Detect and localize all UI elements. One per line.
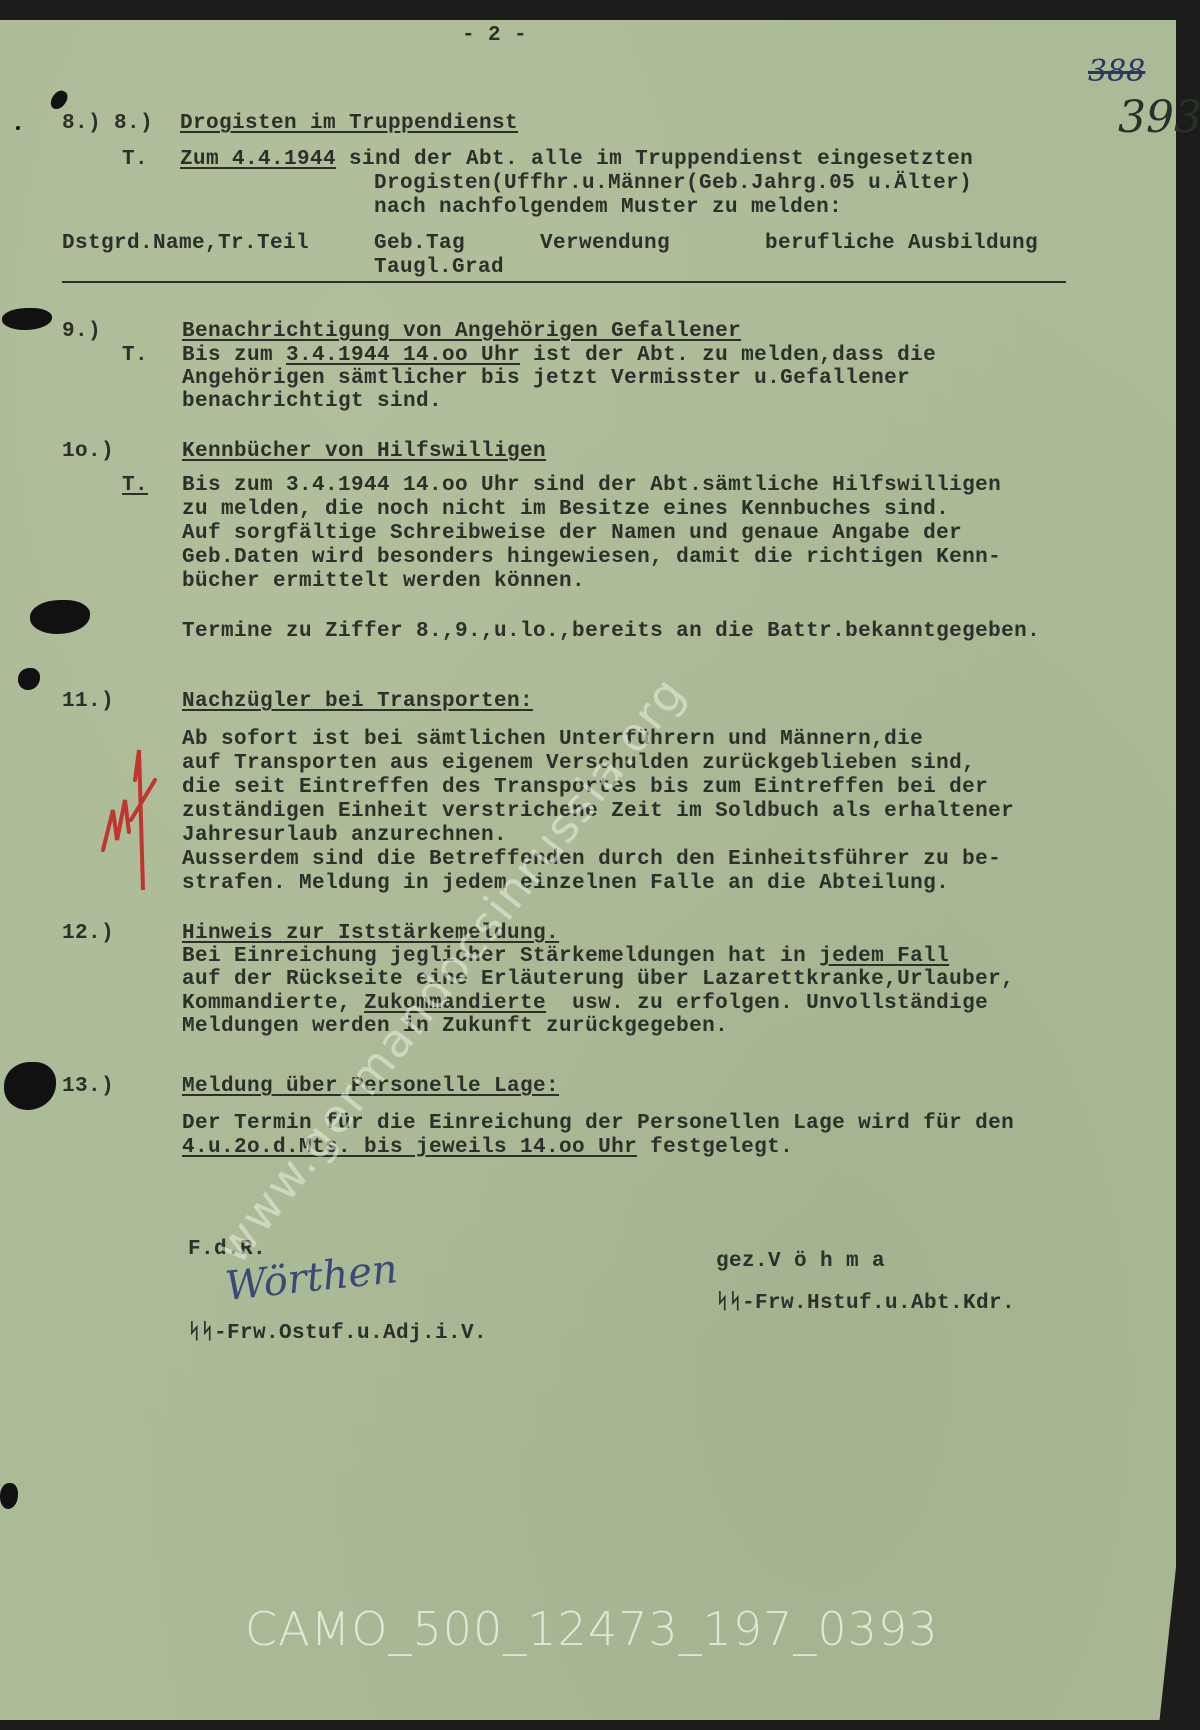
section-line: Zum 4.4.1944 sind der Abt. alle im Trupp… (180, 148, 973, 172)
col-training: berufliche Ausbildung (765, 232, 1038, 256)
section-line: Angehörigen sämtlicher bis jetzt Vermiss… (182, 367, 910, 391)
section-number: 12.) (62, 922, 114, 946)
line-text: Kommandierte, (182, 992, 364, 1015)
section-number: 1o.) (62, 440, 114, 464)
line-text: sind der Abt. alle im Truppendienst eing… (336, 148, 973, 171)
struck-folio-number: 388 (1088, 54, 1145, 89)
section-number: 8.) 8.) (62, 112, 153, 136)
section-title: Nachzügler bei Transporten: (182, 690, 533, 714)
signed-name: gez.V ö h m a (716, 1250, 885, 1274)
red-pencil-mark-icon (95, 740, 165, 890)
col-usage: Verwendung (540, 232, 670, 256)
section-line: Bis zum 3.4.1944 14.oo Uhr ist der Abt. … (182, 344, 936, 368)
divider (62, 281, 1066, 283)
section-number: 9.) (62, 320, 101, 344)
deadline-date: 3.4.1944 14.oo Uhr (286, 344, 520, 367)
section-line: nach nachfolgendem Muster zu melden: (374, 196, 842, 220)
section-title: Drogisten im Truppendienst (180, 112, 518, 136)
line-text: festgelegt. (637, 1136, 793, 1159)
section-title: Kennbücher von Hilfswilligen (182, 440, 546, 464)
section-line: Meldungen werden in Zukunft zurückgegebe… (182, 1015, 728, 1039)
deadline-marker: T. (122, 344, 148, 368)
deadline-date: 4.u.2o.d.Mts. bis jeweils 14.oo Uhr (182, 1136, 637, 1159)
section-line: Bis zum 3.4.1944 14.oo Uhr sind der Abt.… (182, 474, 1001, 498)
emphasis: jedem Fall (819, 945, 949, 968)
signatory-rank: ᛋᛋ-Frw.Hstuf.u.Abt.Kdr. (716, 1292, 1015, 1316)
page-number: - 2 - (462, 24, 527, 48)
line-text: Bis zum (182, 344, 286, 367)
signatory-rank: ᛋᛋ-Frw.Ostuf.u.Adj.i.V. (188, 1322, 487, 1346)
col-fitness-grade: Taugl.Grad (374, 256, 504, 280)
folio-number: 393 (1118, 92, 1200, 143)
section-line: bücher ermittelt werden können. (182, 570, 585, 594)
section-line: Ausserdem sind die Betreffenden durch de… (182, 848, 1001, 872)
section-line: zu melden, die noch nicht im Besitze ein… (182, 498, 949, 522)
section-number: 13.) (62, 1075, 114, 1099)
deadline-marker: T. (122, 474, 148, 498)
section-line: Ab sofort ist bei sämtlichen Unterführer… (182, 728, 923, 752)
line-text: ist der Abt. zu melden,dass die (520, 344, 936, 367)
section-line: Geb.Daten wird besonders hingewiesen, da… (182, 546, 1001, 570)
section-line: Jahresurlaub anzurechnen. (182, 824, 507, 848)
section-line: Auf sorgfältige Schreibweise der Namen u… (182, 522, 962, 546)
section-line: Kommandierte, Zukommandierte usw. zu erf… (182, 992, 988, 1016)
section-line: auf der Rückseite eine Erläuterung über … (182, 968, 1014, 992)
section-number: 11.) (62, 690, 114, 714)
deadline-date: Zum 4.4.1944 (180, 148, 336, 171)
section-line: benachrichtigt sind. (182, 390, 442, 414)
archive-id-watermark: CAMO_500_12473_197_0393 (245, 1602, 938, 1656)
section-title: Benachrichtigung von Angehörigen Gefalle… (182, 320, 741, 344)
section-line: strafen. Meldung in jedem einzelnen Fall… (182, 872, 949, 896)
section-line: Bei Einreichung jeglicher Stärkemeldunge… (182, 945, 949, 969)
col-name: Dstgrd.Name,Tr.Teil (62, 232, 309, 256)
col-birthdate: Geb.Tag (374, 232, 465, 256)
section-line: Drogisten(Uffhr.u.Männer(Geb.Jahrg.05 u.… (374, 172, 972, 196)
deadline-note: Termine zu Ziffer 8.,9.,u.lo.,bereits an… (182, 620, 1040, 644)
line-text: usw. zu erfolgen. Unvollständige (546, 992, 988, 1015)
deadline-marker: T. (122, 148, 148, 172)
